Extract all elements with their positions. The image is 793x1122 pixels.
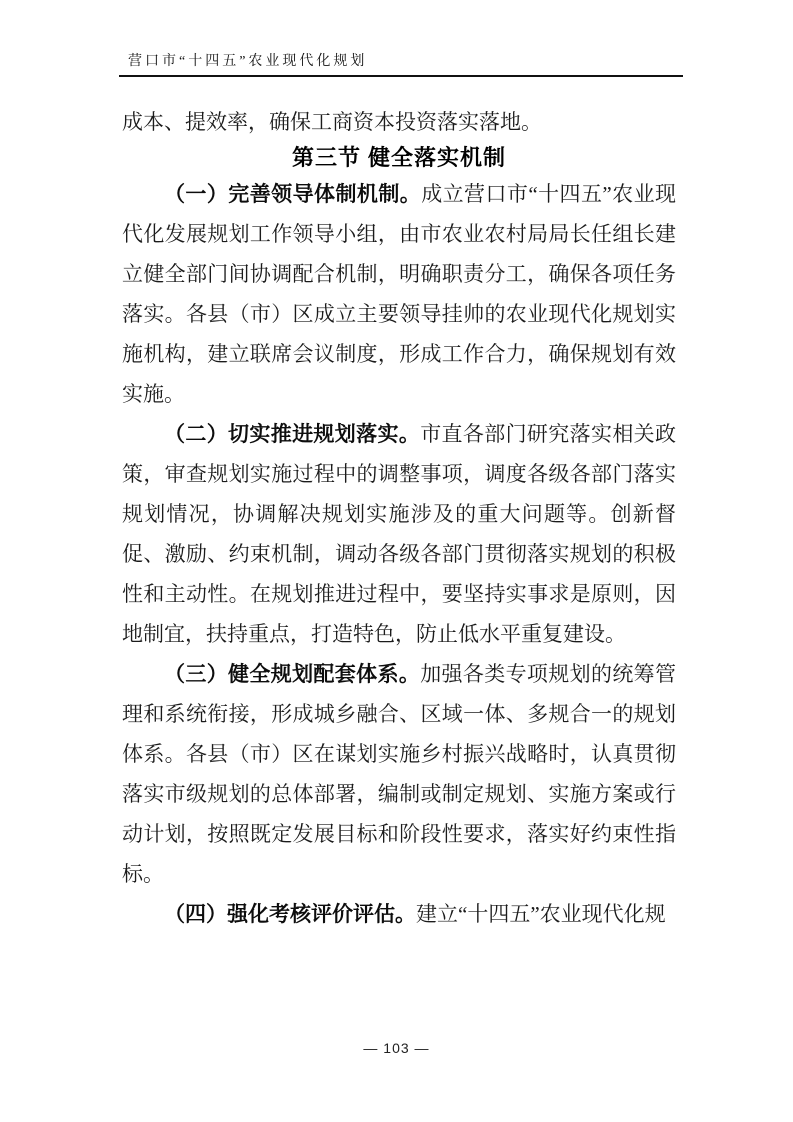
document-page: 营口市“十四五”农业现代化规划 成本、提效率，确保工商资本投资落实落地。 第三节… <box>0 0 793 1122</box>
paragraph-3-lead: （三）健全规划配套体系。 <box>164 662 420 686</box>
continuation-paragraph: 成本、提效率，确保工商资本投资落实落地。 <box>122 102 676 142</box>
paragraph-3: （三）健全规划配套体系。加强各类专项规划的统筹管理和系统衔接，形成城乡融合、区域… <box>122 654 676 894</box>
running-header-title: 营口市“十四五”农业现代化规划 <box>128 53 367 71</box>
page-number: — 103 — <box>363 1040 429 1056</box>
paragraph-3-body: 加强各类专项规划的统筹管理和系统衔接，形成城乡融合、区域一体、多规合一的规划体系… <box>122 662 676 886</box>
page-footer: — 103 — <box>0 1040 793 1056</box>
header-rule <box>119 75 683 77</box>
paragraph-1-lead: （一）完善领导体制机制。 <box>164 182 421 206</box>
section-title: 第三节 健全落实机制 <box>122 142 676 174</box>
paragraph-2-body: 市直各部门研究落实相关政策，审查规划实施过程中的调整事项，调度各级各部门落实规划… <box>122 422 676 646</box>
paragraph-1: （一）完善领导体制机制。成立营口市“十四五”农业现代化发展规划工作领导小组，由市… <box>122 174 676 414</box>
page-content: 成本、提效率，确保工商资本投资落实落地。 第三节 健全落实机制 （一）完善领导体… <box>122 102 676 934</box>
paragraph-4-body: 建立“十四五”农业现代化规 <box>416 902 666 926</box>
paragraph-2: （二）切实推进规划落实。市直各部门研究落实相关政策，审查规划实施过程中的调整事项… <box>122 414 676 654</box>
paragraph-4: （四）强化考核评价评估。建立“十四五”农业现代化规 <box>122 894 676 934</box>
paragraph-1-body: 成立营口市“十四五”农业现代化发展规划工作领导小组，由市农业农村局局长任组长建立… <box>122 182 676 406</box>
paragraph-4-lead: （四）强化考核评价评估。 <box>164 902 416 926</box>
paragraph-2-lead: （二）切实推进规划落实。 <box>164 422 420 446</box>
